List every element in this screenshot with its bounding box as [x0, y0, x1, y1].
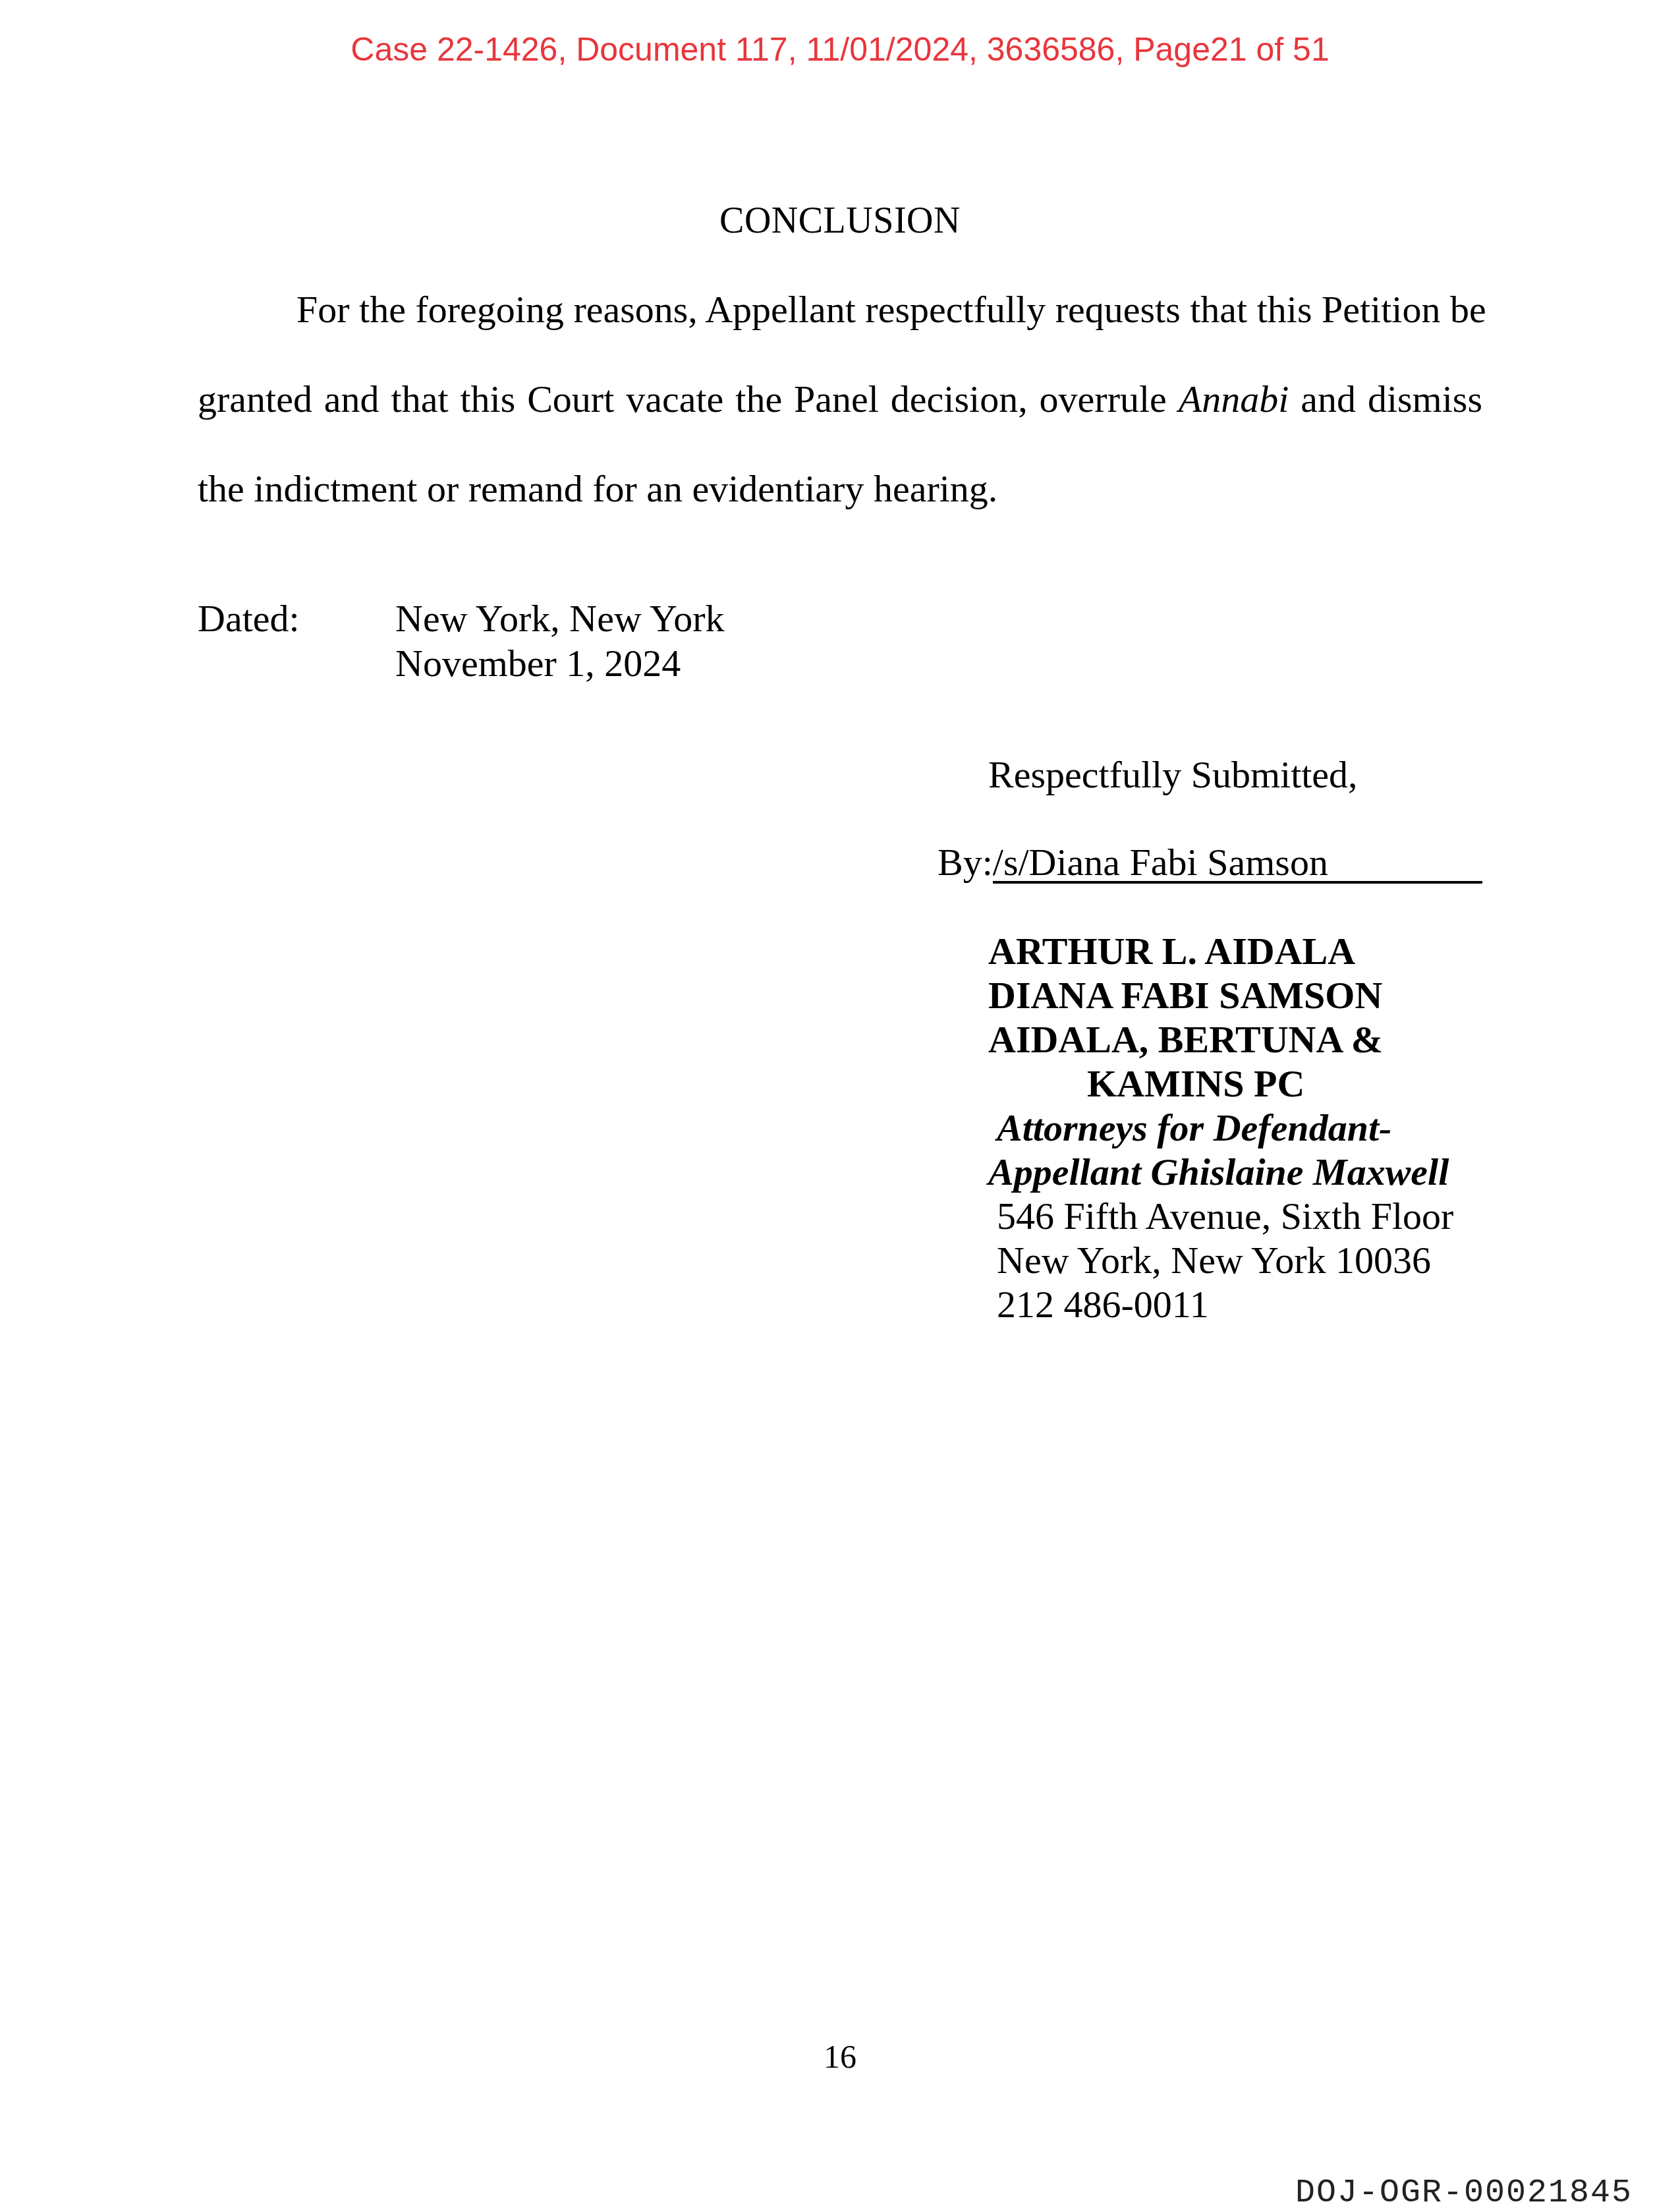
- conclusion-line-2-end: and dismiss: [1289, 378, 1482, 420]
- case-name-annabi: Annabi: [1179, 378, 1289, 420]
- attorney-name-1: ARTHUR L. AIDALA: [988, 929, 1355, 973]
- conclusion-line-2-start: granted and that this Court vacate the P…: [198, 378, 1179, 420]
- court-filing-stamp: Case 22-1426, Document 117, 11/01/2024, …: [0, 29, 1680, 70]
- dated-date: November 1, 2024: [395, 641, 681, 686]
- attorney-role-line-1: Attorneys for Defendant-: [997, 1106, 1391, 1150]
- firm-name-line-2: KAMINS PC: [1087, 1062, 1304, 1106]
- conclusion-line-3: the indictment or remand for an evidenti…: [198, 467, 997, 511]
- attorney-role-line-2: Appellant Ghislaine Maxwell: [988, 1150, 1449, 1194]
- attorney-name-2: DIANA FABI SAMSON: [988, 973, 1382, 1017]
- by-label: By:: [938, 841, 993, 884]
- closing-salutation: Respectfully Submitted,: [988, 752, 1358, 797]
- firm-phone: 212 486-0011: [997, 1282, 1209, 1326]
- firm-address-street: 546 Fifth Avenue, Sixth Floor: [997, 1194, 1453, 1238]
- section-heading: CONCLUSION: [0, 199, 1680, 242]
- dated-label: Dated:: [198, 596, 300, 641]
- document-page: Case 22-1426, Document 117, 11/01/2024, …: [0, 0, 1680, 2212]
- electronic-signature: /s/Diana Fabi Samson: [993, 844, 1482, 884]
- conclusion-line-1: For the foregoing reasons, Appellant res…: [296, 287, 1482, 332]
- dated-place: New York, New York: [395, 596, 725, 641]
- signature-line: By: /s/Diana Fabi Samson: [938, 840, 1482, 885]
- firm-address-city: New York, New York 10036: [997, 1238, 1431, 1282]
- bates-number: DOJ-OGR-00021845: [1295, 2174, 1633, 2212]
- conclusion-line-2: granted and that this Court vacate the P…: [198, 377, 1482, 422]
- page-number: 16: [0, 2036, 1680, 2077]
- firm-name-line-1: AIDALA, BERTUNA &: [988, 1017, 1383, 1062]
